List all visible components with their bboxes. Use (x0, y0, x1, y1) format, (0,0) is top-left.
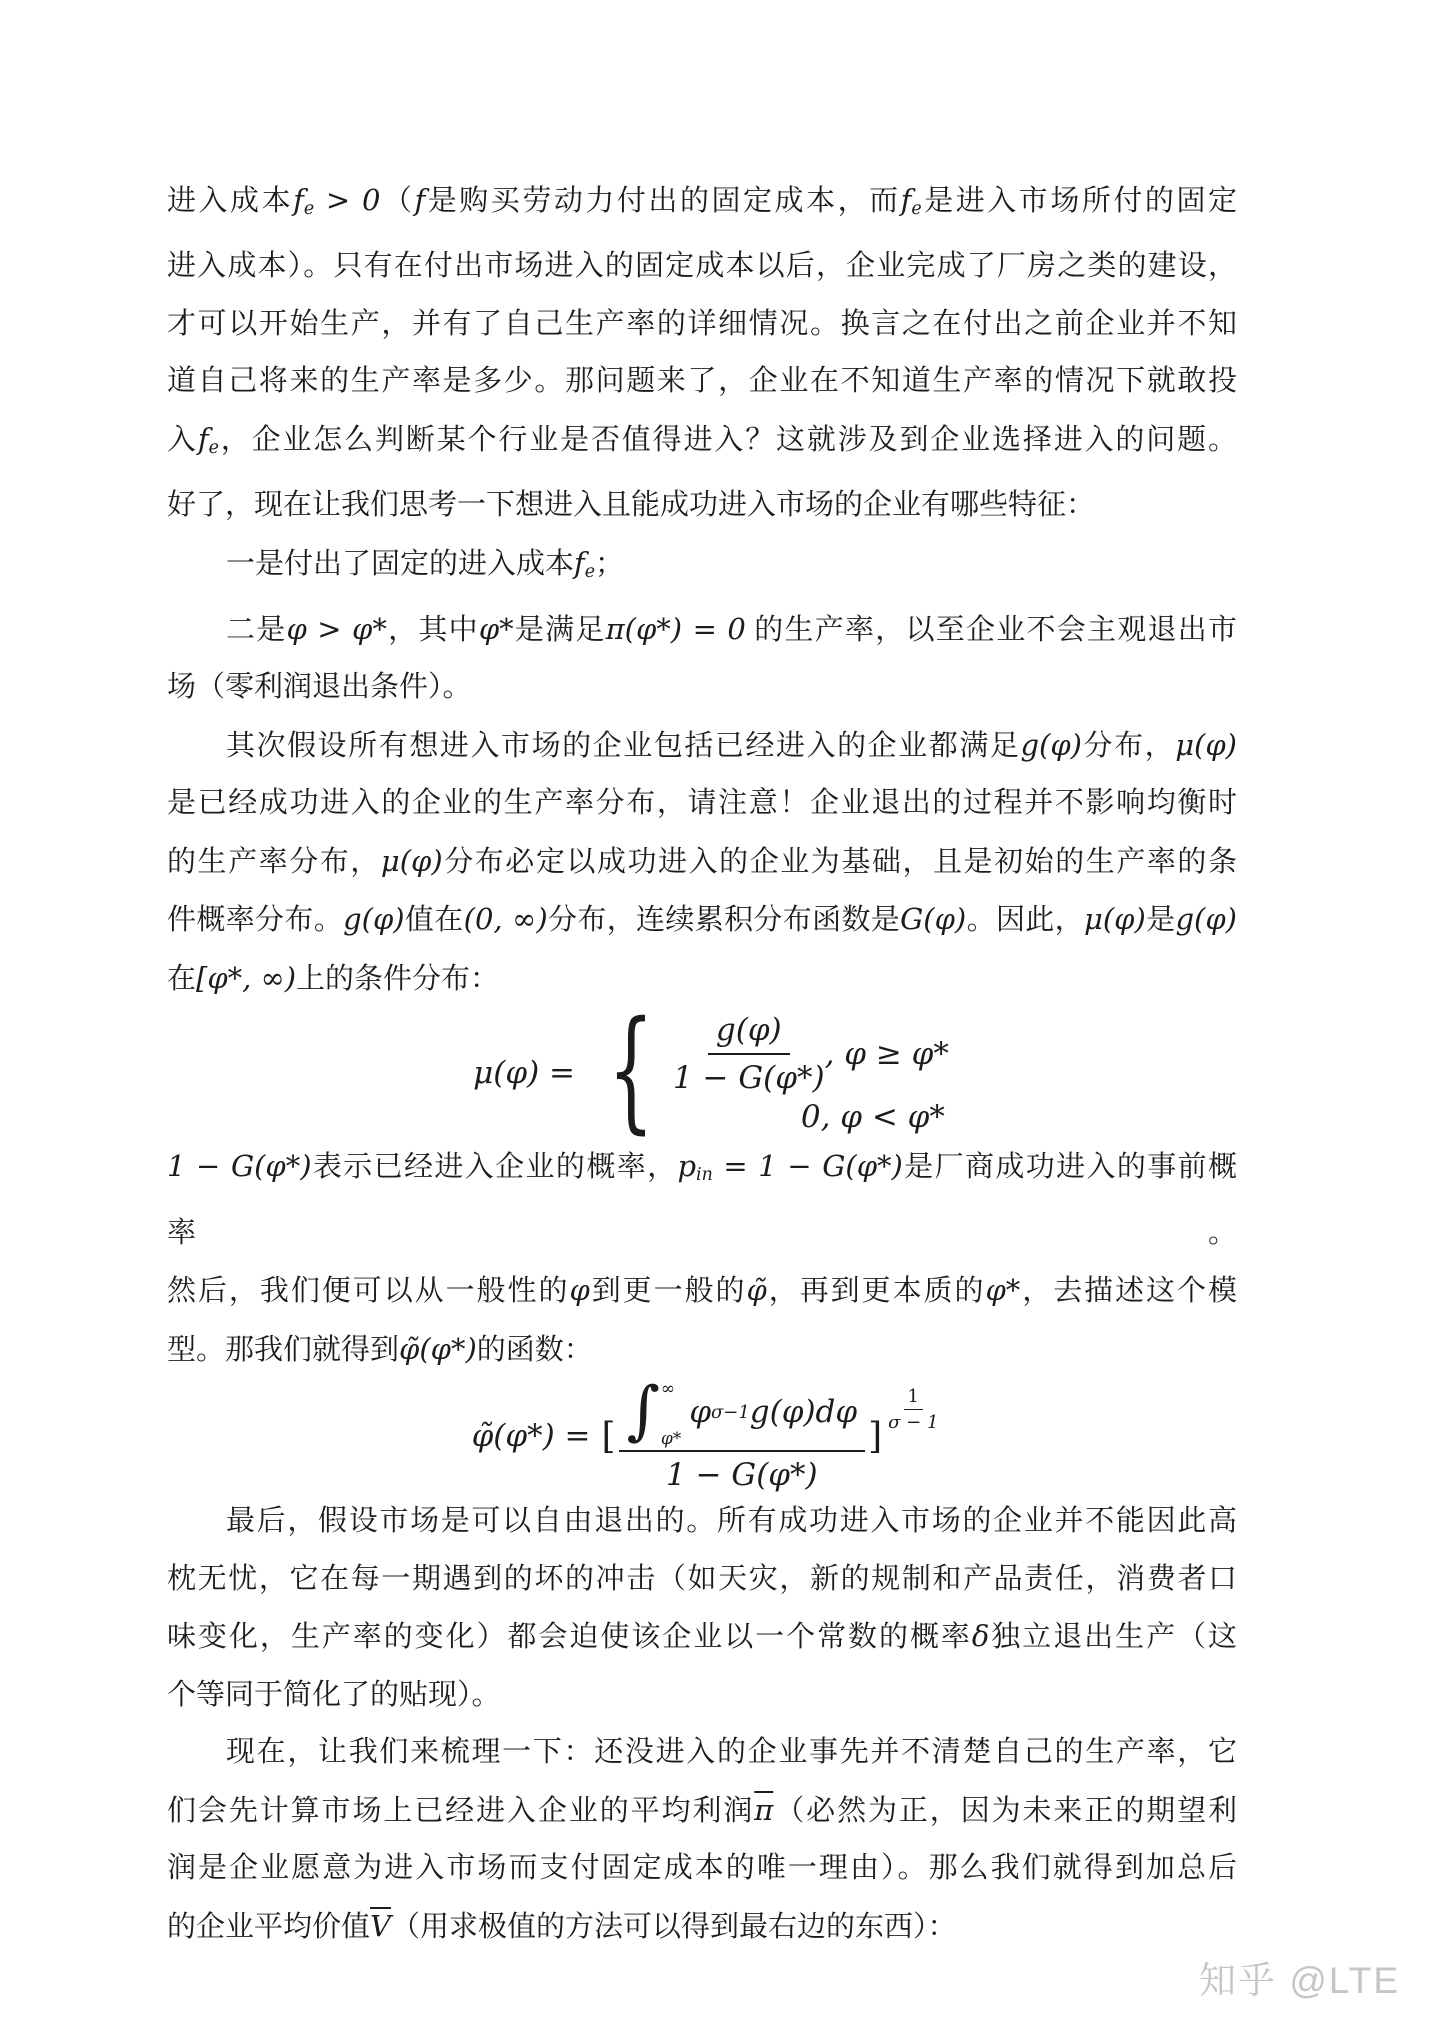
subscript-run: e (209, 438, 219, 458)
integral-limits: ∞ φ* (661, 1379, 681, 1445)
cjk-run: 在 (167, 963, 196, 995)
cjk-run: 的生产率，以至企业不会主观退出市 (746, 614, 1237, 646)
text-line: 最后，假设市场是可以自由退出的。所有成功进入市场的企业并不能因此高 (167, 1493, 1237, 1551)
text-line: 二是φ > φ*，其中φ*是满足π(φ*) = 0 的生产率，以至企业不会主观退… (167, 601, 1237, 660)
math-run: g(φ) (1020, 728, 1082, 762)
text-line: 现在，让我们来梳理一下：还没进入的企业事先并不清楚自己的生产率，它 (167, 1724, 1237, 1782)
cjk-run: ，再到更本质的 (767, 1275, 986, 1307)
fraction: g(φ) 1 − G(φ*) (673, 1012, 825, 1096)
cjk-run: 枕无忧，它在每一期遇到的坏的冲击（如天灾，新的规制和产品责任，消费者口 (167, 1563, 1237, 1595)
text-line: 在[φ*, ∞)上的条件分布： (167, 950, 1237, 1009)
formula-lhs: φ̃(φ*) = (472, 1418, 591, 1454)
cjk-run: 润是企业愿意为进入市场而支付固定成本的唯一理由）。那么我们就得到加总后 (167, 1852, 1237, 1884)
integral-lower-limit: φ* (661, 1429, 681, 1449)
math-run: φ > φ* (287, 612, 387, 646)
cjk-run: 是已经成功进入的企业的生产率分布，请注意！企业退出的过程并不影响均衡时 (167, 787, 1237, 819)
text-line: 的企业平均价值V（用求极值的方法可以得到最右边的东西）： (167, 1898, 1237, 1957)
cjk-run: 是满足 (514, 614, 606, 646)
cjk-run: ，去描述这个模 (1020, 1275, 1237, 1307)
cases-body: g(φ) 1 − G(φ*) , φ ≥ φ* 0, φ < φ* (673, 1012, 949, 1135)
math-run: f (414, 183, 425, 217)
fraction-numerator: g(φ) (708, 1012, 790, 1055)
text-block-1: 进入成本fe > 0（f是购买劳动力付出的固定成本，而fe是进入市场所付的固定进… (167, 172, 1237, 1008)
math-run: g(φ) (1175, 902, 1237, 936)
cjk-run: 一是付出了固定的进入成本 (226, 548, 574, 580)
case-top-condition: , φ ≥ φ* (825, 1036, 949, 1072)
math-run: π(φ*) = 0 (606, 612, 746, 646)
zhihu-watermark: 知乎 @LTE (1199, 1950, 1400, 2004)
cjk-run: 分布， (1082, 730, 1175, 762)
fraction: ∫ ∞ φ* φσ−1g(φ)dφ 1 − G(φ*) (619, 1379, 866, 1493)
text-line: 然后，我们便可以从一般性的φ到更一般的φ̃，再到更本质的φ*，去描述这个模 (167, 1262, 1237, 1321)
subscript-run: e (304, 199, 314, 219)
text-line: 入fe，企业怎么判断某个行业是否值得进入？这就涉及到企业选择进入的问题。 (167, 411, 1237, 477)
cjk-run: （必然为正，因为未来正的期望利 (773, 1795, 1237, 1827)
text-line: 们会先计算市场上已经进入企业的平均利润π（必然为正，因为未来正的期望利 (167, 1782, 1237, 1841)
cjk-run: 分布，连续累积分布函数是 (548, 904, 900, 936)
math-run: φ (569, 1273, 589, 1307)
text-line: 进入成本）。只有在付出市场进入的固定成本以后，企业完成了厂房之类的建设， (167, 238, 1237, 296)
cjk-run: 件概率分布。 (167, 904, 343, 936)
math-run: > 0 (314, 183, 380, 217)
math-run: [φ*, ∞) (196, 961, 296, 995)
cjk-run: 分布必定以成功进入的企业为基础，且是初始的生产率的条 (443, 846, 1237, 878)
formula-lhs: μ(φ) = (473, 1055, 575, 1091)
cjk-run: ，企业怎么判断某个行业是否值得进入？这就涉及到企业选择进入的问题。 (219, 424, 1237, 456)
integrand-phi: φ (689, 1394, 711, 1430)
cjk-run: ，其中 (387, 614, 479, 646)
cjk-run: 最后，假设市场是可以自由退出的。所有成功进入市场的企业并不能因此高 (226, 1505, 1237, 1537)
integrand-rest: g(φ)dφ (750, 1394, 857, 1430)
subscript-run: e (911, 199, 921, 219)
cjk-run: 的企业平均价值 (167, 1911, 370, 1943)
integral-sign: ∫ (627, 1383, 660, 1441)
cjk-run: 入 (167, 424, 198, 456)
cjk-run: 道自己将来的生产率是多少。那问题来了，企业在不知道生产率的情况下就敢投 (167, 365, 1237, 397)
math-run: φ̃(φ*) (399, 1332, 477, 1366)
close-bracket: ] (868, 1416, 882, 1457)
cjk-run: ； (595, 548, 624, 580)
subscript-run: e (585, 561, 595, 581)
cjk-run: 其次假设所有想进入市场的企业包括已经进入的企业都满足 (226, 730, 1020, 762)
text-line: 枕无忧，它在每一期遇到的坏的冲击（如天灾，新的规制和产品责任，消费者口 (167, 1551, 1237, 1609)
fraction-denominator: 1 − G(φ*) (666, 1452, 818, 1493)
cjk-run: 到更一般的 (590, 1275, 747, 1307)
math-run: f (574, 546, 585, 580)
cjk-run: （用求极值的方法可以得到最右边的东西）： (391, 1911, 957, 1943)
cjk-run: 是 (1146, 904, 1176, 936)
cjk-run: 二是 (226, 614, 287, 646)
case-bottom: 0, φ < φ* (801, 1099, 945, 1135)
text-block-3: 最后，假设市场是可以自由退出的。所有成功进入市场的企业并不能因此高枕无忧，它在每… (167, 1493, 1237, 1956)
subscript-run: in (696, 1165, 713, 1185)
text-line: 是已经成功进入的企业的生产率分布，请注意！企业退出的过程并不影响均衡时 (167, 775, 1237, 833)
cjk-run: 好了，现在让我们思考一下想进入且能成功进入市场的企业有哪些特征： (167, 489, 1095, 521)
math-run: φ* (985, 1273, 1020, 1307)
text-line: 个等同于简化了的贴现）。 (167, 1667, 1237, 1725)
mu-cases-formula: μ(φ) = { g(φ) 1 − G(φ*) , φ ≥ φ* 0, φ < … (167, 1008, 1237, 1138)
cjk-run: （ (380, 185, 414, 217)
cjk-run: 值在 (405, 904, 464, 936)
math-run: G(φ) (900, 902, 966, 936)
cjk-run: 的生产率分布， (167, 846, 381, 878)
cjk-run: 场（零利润退出条件）。 (167, 671, 472, 703)
exponent-numerator: 1 (904, 1386, 923, 1410)
text-line: 进入成本fe > 0（f是购买劳动力付出的固定成本，而fe是进入市场所付的固定 (167, 172, 1237, 238)
open-bracket: [ (602, 1416, 616, 1457)
cjk-run: 现在，让我们来梳理一下：还没进入的企业事先并不清楚自己的生产率，它 (226, 1736, 1237, 1768)
math-run: f (293, 183, 304, 217)
integrand-exponent: σ−1 (711, 1402, 750, 1423)
exponent-denominator: σ − 1 (888, 1410, 938, 1433)
math-run: g(φ) (343, 902, 405, 936)
outer-exponent-fraction: 1 σ − 1 (888, 1386, 938, 1433)
text-line: 的生产率分布，μ(φ)分布必定以成功进入的企业为基础，且是初始的生产率的条 (167, 833, 1237, 892)
text-line: 润是企业愿意为进入市场而支付固定成本的唯一理由）。那么我们就得到加总后 (167, 1840, 1237, 1898)
phi-tilde-formula: φ̃(φ*) = [ ∫ ∞ φ* φσ−1g(φ)dφ 1 − G(φ*) ]… (167, 1379, 1237, 1493)
overbar-run: V (370, 1909, 391, 1943)
fraction-denominator: 1 − G(φ*) (673, 1055, 825, 1096)
text-line: 味变化，生产率的变化）都会迫使该企业以一个常数的概率δ独立退出生产（这 (167, 1608, 1237, 1667)
math-run: φ* (479, 612, 514, 646)
cjk-run: 个等同于简化了的贴现）。 (167, 1679, 501, 1711)
math-run: μ(φ) (1084, 902, 1146, 936)
math-run: μ(φ) (1175, 728, 1237, 762)
math-run: δ (972, 1619, 989, 1653)
cjk-run: 才可以开始生产，并有了自己生产率的详细情况。换言之在付出之前企业并不知 (167, 308, 1237, 340)
text-line: 其次假设所有想进入市场的企业包括已经进入的企业都满足g(φ)分布，μ(φ) (167, 717, 1237, 776)
text-line: 道自己将来的生产率是多少。那问题来了，企业在不知道生产率的情况下就敢投 (167, 353, 1237, 411)
math-run: p (677, 1149, 696, 1183)
cjk-run: 进入成本 (167, 185, 293, 217)
text-line: 一是付出了固定的进入成本fe； (167, 535, 1237, 601)
cjk-run: 表示已经进入企业的概率， (312, 1151, 678, 1183)
text-block-2: 1 − G(φ*)表示已经进入企业的概率，pin = 1 − G(φ*)是厂商成… (167, 1138, 1237, 1379)
overbar-run: π (754, 1793, 773, 1827)
cjk-run: 然后，我们便可以从一般性的 (167, 1275, 569, 1307)
fraction-numerator: ∫ ∞ φ* φσ−1g(φ)dφ (619, 1379, 866, 1452)
text-line: 好了，现在让我们思考一下想进入且能成功进入市场的企业有哪些特征： (167, 477, 1237, 535)
cjk-run: 的函数： (477, 1334, 593, 1366)
cjk-run: 味变化，生产率的变化）都会迫使该企业以一个常数的概率 (167, 1621, 972, 1653)
text-line: 才可以开始生产，并有了自己生产率的详细情况。换言之在付出之前企业并不知 (167, 296, 1237, 354)
text-line: 场（零利润退出条件）。 (167, 659, 1237, 717)
cjk-run: 是购买劳动力付出的固定成本，而 (425, 185, 900, 217)
cjk-run: 是进入市场所付的固定 (922, 185, 1237, 217)
document-page: 进入成本fe > 0（f是购买劳动力付出的固定成本，而fe是进入市场所付的固定进… (0, 0, 1440, 2037)
cjk-run: 独立退出生产（这 (989, 1621, 1237, 1653)
text-line: 件概率分布。g(φ)值在(0, ∞)分布，连续累积分布函数是G(φ)。因此，μ(… (167, 891, 1237, 950)
text-line: 1 − G(φ*)表示已经进入企业的概率，pin = 1 − G(φ*)是厂商成… (167, 1138, 1237, 1262)
math-run: f (198, 422, 209, 456)
math-run: (0, ∞) (464, 902, 548, 936)
text-line: 型。那我们就得到φ̃(φ*)的函数： (167, 1321, 1237, 1380)
integral-upper-limit: ∞ (661, 1379, 675, 1399)
math-run: = 1 − G(φ*) (713, 1149, 903, 1183)
math-run: 1 − G(φ*) (167, 1149, 312, 1183)
cjk-run: 上的条件分布： (296, 963, 499, 995)
case-top: g(φ) 1 − G(φ*) , φ ≥ φ* (673, 1012, 949, 1096)
math-run: φ̃ (747, 1273, 767, 1307)
cjk-run: 们会先计算市场上已经进入企业的平均利润 (167, 1795, 754, 1827)
text-column: 进入成本fe > 0（f是购买劳动力付出的固定成本，而fe是进入市场所付的固定进… (167, 172, 1237, 1956)
cjk-run: 。因此， (966, 904, 1084, 936)
cjk-run: 型。那我们就得到 (167, 1334, 399, 1366)
math-run: μ(φ) (381, 844, 443, 878)
math-run: f (901, 183, 912, 217)
cjk-run: 进入成本）。只有在付出市场进入的固定成本以后，企业完成了厂房之类的建设， (167, 250, 1237, 282)
